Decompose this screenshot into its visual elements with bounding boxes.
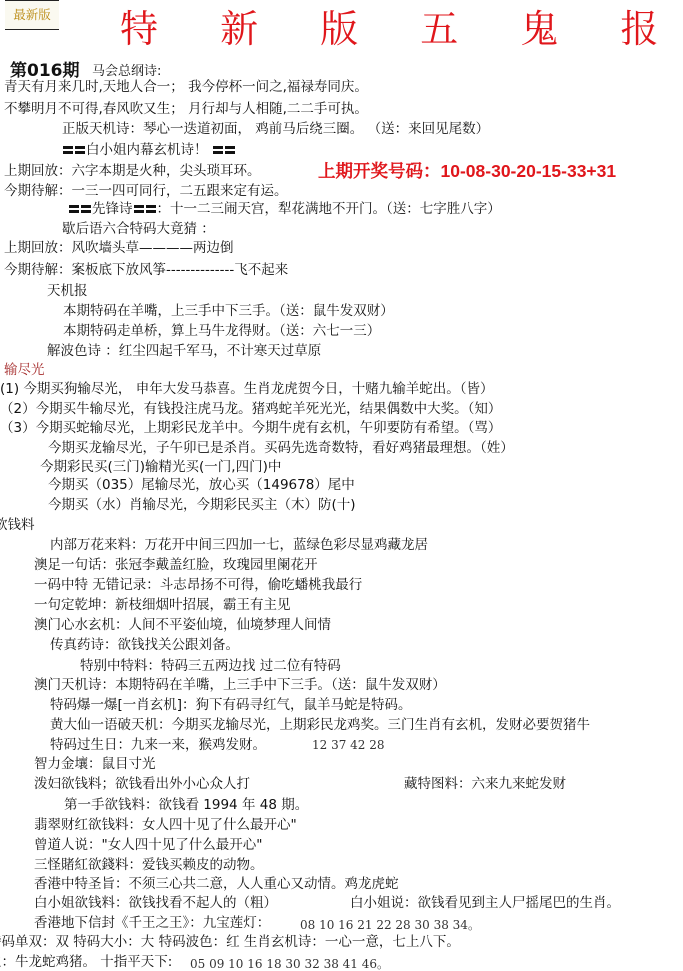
last-review-2: 上期回放：风吹墙头草————两边倒 (4, 239, 234, 257)
poem-line-2: 不攀明月不可得,春风吹又生； 月行却与人相随,二二手可执。 (4, 100, 368, 118)
yuqian-line: 一句定乾坤：新枝细烟叶招展，霸王有主见 (34, 596, 291, 614)
current-riddle-1: 今期待解：一三一四可同行，二五跟来定有运。 (4, 182, 288, 200)
shujinguang-item: （2）今期买牛输尽光，有钱投注虎马龙。猪鸡蛇羊死光光，结果偶数中大奖。（知） (0, 400, 501, 418)
tianjibao-line-1: 本期特码在羊嘴，上三手中下三手。（送：鼠牛发双财） (63, 302, 394, 320)
double-bar-icon (81, 205, 91, 213)
last-draw-numbers: 上期开奖号码：10-08-30-20-15-33+31 (318, 158, 616, 183)
shujinguang-title: 输尽光 (4, 361, 45, 379)
yuqian-line: 白小姐欲钱料：欲钱找看不起人的（粗） (34, 894, 277, 912)
ten-fingers-numbers: 05 09 10 16 18 30 32 38 41 46。 (190, 955, 389, 971)
current-riddle-2: 今期待解：案板底下放风筝--------------飞不起来 (4, 261, 288, 279)
yuqian-line: 泼妇欲钱料；欲钱看出外小心众人打 (34, 775, 250, 793)
yuqian-line: 香港中特圣旨：不须三心共二意，人人重心又动情。鸡龙虎蛇 (34, 875, 399, 893)
issue-subtitle: 马会总纲诗: (92, 60, 161, 79)
badge-label: 最新版 (13, 7, 51, 22)
double-bar-icon (69, 205, 79, 213)
birthday-numbers: 12 37 42 28 (312, 738, 385, 752)
yuqian-line: 特码过生日：九来一来，猴鸡发财。 (50, 736, 266, 754)
last-review-1: 上期回放：六字本期是火种，尖头琐耳环。 (4, 162, 261, 180)
double-bar-icon (75, 146, 85, 154)
latest-edition-badge: 最新版 (5, 0, 59, 30)
xiehouyu-heading: 歇后语六合特码大竟猜 ： (62, 220, 215, 238)
lotus-numbers: 08 10 16 21 22 28 30 38 34。 (300, 916, 480, 933)
double-bar-icon (63, 146, 73, 154)
baixiaojie-heading: 白小姐内幕玄机诗！ (62, 141, 236, 159)
yuqian-line: 藏特图料：六来九来蛇发财 (404, 775, 566, 793)
xianfeng-poem: 先锋诗：十一二三闹天宫，犁花满地不开门。（送：七字胜八字） (68, 200, 501, 218)
xianfeng-label: 先锋诗 (92, 201, 133, 217)
shujinguang-item: （3）今期买蛇输尽光，上期彩民龙羊中。今期牛虎有玄机，午卯要防有希望。（骂） (0, 419, 501, 437)
tianjibao-line-2: 本期特码走单桥，算上马牛龙得财。（送：六七一三） (63, 322, 380, 340)
yuqian-line: 智力金壤：鼠目寸光 (34, 755, 156, 773)
yuqian-line: 特码单双：双 特码大小：大 特码波色：红 生肖玄机诗：一心一意，七上八下。 (0, 933, 460, 951)
yuqian-line: 生：牛龙蛇鸡猪。 十指平天下: (0, 953, 172, 971)
jiebose-poem: 解波色诗 ：红尘四起千军马，不计寒天过草原 (47, 342, 321, 360)
yuqianliao-title: 欲钱料 (0, 516, 35, 534)
yuqian-line: 特别中特料：特码三五两边找 过二位有特码 (80, 657, 341, 675)
poem-line-1: 青天有月来几时,天地人合一； 我今停杯一问之,福禄寿同庆。 (4, 78, 368, 96)
yuqian-line: 三怪賭紅欲錢料：爱钱买赖皮的动物。 (34, 856, 264, 874)
shujinguang-item: 今期买（水）肖输尽光，今期彩民买主（木）防(十) (48, 496, 356, 514)
yuqian-line: 一码中特 无错记录：斗志昂扬不可得，偷吃蟠桃我最行 (34, 576, 362, 594)
yuqian-line: 澳足一句话：张冠李戴盖红脸，玫瑰园里阑花开 (34, 556, 318, 574)
double-bar-icon (146, 205, 156, 213)
yuqian-line: 翡翠财红欲钱料：女人四十见了什么最开心" (34, 816, 297, 834)
zhengban-poem: 正版天机诗：琴心一迭道初面， 鸡前马后绕三圈。 （送：来回见尾数） (62, 120, 489, 138)
shujinguang-item: 今期买龙输尽光，子午卯已是杀肖。买码先选奇数特，看好鸡猪最理想。（姓） (48, 439, 514, 457)
double-bar-icon (134, 205, 144, 213)
shujinguang-item: (1) 今期买狗输尽光， 申年大发马恭喜。生肖龙虎贺今日，十赌九输羊蛇出。（皆） (0, 380, 493, 398)
double-bar-icon (225, 146, 235, 154)
yuqian-line: 黄大仙一语破天机：今期买龙输尽光，上期彩民龙鸡奖。三门生肖有玄机，发财必要贺猪牛 (50, 716, 590, 734)
shujinguang-item: 今期买（035）尾输尽光，放心买（149678）尾中 (48, 476, 355, 494)
yuqian-line: 白小姐说：欲钱看见到主人尸摇尾巴的生肖。 (350, 894, 620, 912)
yuqian-line: 香港地下信封《千王之王》：九宝莲灯： (34, 914, 270, 932)
yuqian-line: 澳门心水玄机：人间不平姿仙境，仙境梦理人间情 (34, 616, 331, 634)
yuqian-line: 澳门天机诗：本期特码在羊嘴，上三手中下三手。（送：鼠牛发双财） (34, 676, 446, 694)
shujinguang-item: 今期彩民买(三门)输精光买(一门,四门)中 (40, 458, 281, 476)
yuqian-line: 特码爆一爆[一肖玄机]：狗下有码寻红气，鼠羊马蛇是特码。 (50, 696, 412, 714)
yuqian-line: 曾道人说："女人四十见了什么最开心" (34, 836, 262, 854)
page-title: 特 新 版 五 鬼 报 (120, 4, 683, 54)
baixiaojie-title: 白小姐内幕玄机诗！ (86, 142, 208, 158)
yuqian-line: 传真药诗：欲钱找关公跟刘备。 (50, 636, 239, 654)
tianjibao-title: 天机报 (47, 282, 88, 300)
double-bar-icon (213, 146, 223, 154)
yuqian-line: 内部万花来料：万花开中间三四加一七，蓝绿色彩尽显鸡藏龙居 (50, 536, 428, 554)
xianfeng-text: ：十一二三闹天宫，犁花满地不开门。（送：七字胜八字） (157, 201, 501, 217)
yuqian-line: 第一手欲钱料：欲钱看 1994 年 48 期。 (64, 796, 308, 814)
